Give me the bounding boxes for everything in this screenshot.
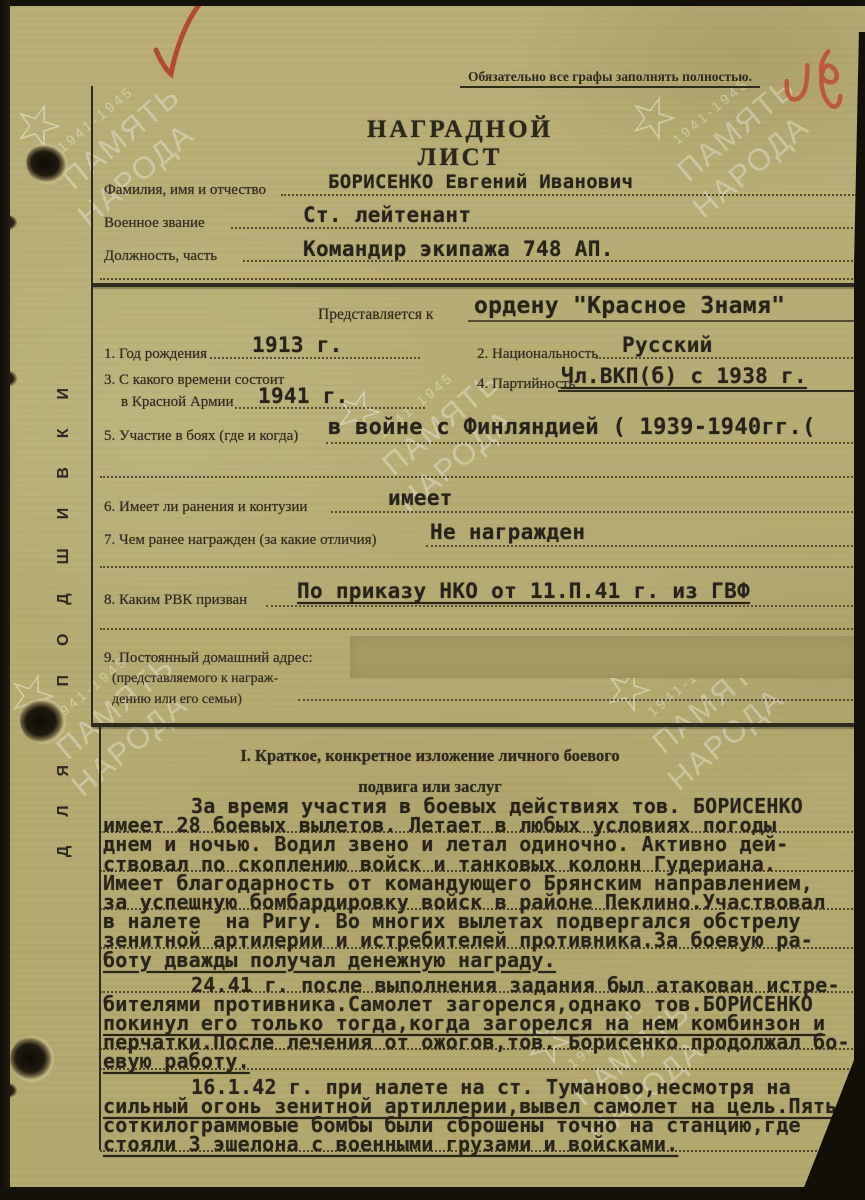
field-line <box>231 227 857 229</box>
scan-edge <box>854 32 865 1200</box>
field-line <box>100 566 857 568</box>
unit-value: Командир экипажа 748 АП. <box>303 237 614 261</box>
field-line <box>596 357 857 359</box>
citation-text: За время участия в боевых действиях тов.… <box>103 797 857 1154</box>
form-left-border <box>91 86 93 727</box>
field-line <box>210 357 420 359</box>
page-title: НАГРАДНОЙ ЛИСТ <box>335 116 585 172</box>
section-heading: I. Краткое, конкретное изложение личного… <box>100 746 760 766</box>
red-pencil-mark-icon <box>764 31 865 140</box>
divider-line <box>92 283 858 287</box>
rvk-value: По приказу НКО от 11.П.41 г. из ГВФ <box>297 579 750 603</box>
presented-value: ордену "Красное Знамя" <box>474 293 785 319</box>
address-label: 9. Постоянный домашний адрес: <box>104 650 313 667</box>
surname-label: Фамилия, имя и отчество <box>104 182 266 199</box>
nationality-value: Русский <box>622 333 713 357</box>
scan-edge <box>0 0 865 6</box>
body-line: боту дважды получал денежную награду. <box>103 951 857 970</box>
field-line <box>331 511 857 513</box>
birth-year-value: 1913 г. <box>252 333 343 357</box>
redacted-address-box <box>350 636 857 678</box>
prior-awards-label: 7. Чем ранее награжден (за какие отличия… <box>104 532 377 549</box>
red-checkmark-icon <box>148 2 208 82</box>
surname-value: БОРИСЕНКО Евгений Иванович <box>328 171 633 193</box>
body-line: стояли 3 эшелона с военными грузами и во… <box>103 1135 857 1154</box>
nationality-label: 2. Национальность <box>477 346 598 363</box>
scanned-award-document: ☆ 1941-1945 ПАМЯТЬ НАРОДА ☆ 1941-1945 ПА… <box>0 0 865 1200</box>
rank-value: Ст. лейтенант <box>303 203 471 227</box>
field-line <box>100 278 857 280</box>
prior-awards-value: Не награжден <box>430 520 585 544</box>
field-line <box>426 545 857 547</box>
scan-edge <box>0 1187 865 1200</box>
field-line <box>468 320 858 322</box>
field-line <box>298 699 857 701</box>
divider-line <box>92 723 858 727</box>
field-line <box>100 628 857 630</box>
address-label3: дению или его семьи) <box>112 692 242 708</box>
service-since-value: 1941 г. <box>258 384 349 408</box>
field-line <box>558 390 857 392</box>
unit-label: Должность, часть <box>104 248 217 265</box>
presented-label: Представляется к <box>318 306 433 324</box>
battles-label: 5. Участие в боях (где и когда) <box>104 428 298 445</box>
birth-year-label: 1. Год рождения <box>104 346 207 363</box>
party-value: Чл.ВКП(б) с 1938 г. <box>561 364 807 388</box>
battles-value: в войне с Финляндией ( 1939-1940гг.( <box>328 415 816 440</box>
rvk-label: 8. Каким РВК призван <box>104 592 247 609</box>
field-line <box>243 260 857 262</box>
field-line <box>281 194 857 196</box>
field-line <box>100 476 857 478</box>
scan-edge <box>0 0 10 1200</box>
body-line: евую работу. <box>103 1052 857 1071</box>
field-line <box>235 407 425 409</box>
fill-all-fields-note: Обязательно все графы заполнять полность… <box>460 69 760 88</box>
service-since-label2: в Красной Армии <box>121 394 234 411</box>
wounds-value: имеет <box>388 486 453 510</box>
rank-label: Военное звание <box>104 215 205 232</box>
wounds-label: 6. Имеет ли ранения и контузии <box>104 499 307 516</box>
spine-filing-text: ДЛЯ ПОДШИВКИ <box>55 348 77 868</box>
address-label2: (представляемого к награж- <box>112 671 278 687</box>
field-line <box>266 605 857 607</box>
field-line <box>326 442 857 444</box>
